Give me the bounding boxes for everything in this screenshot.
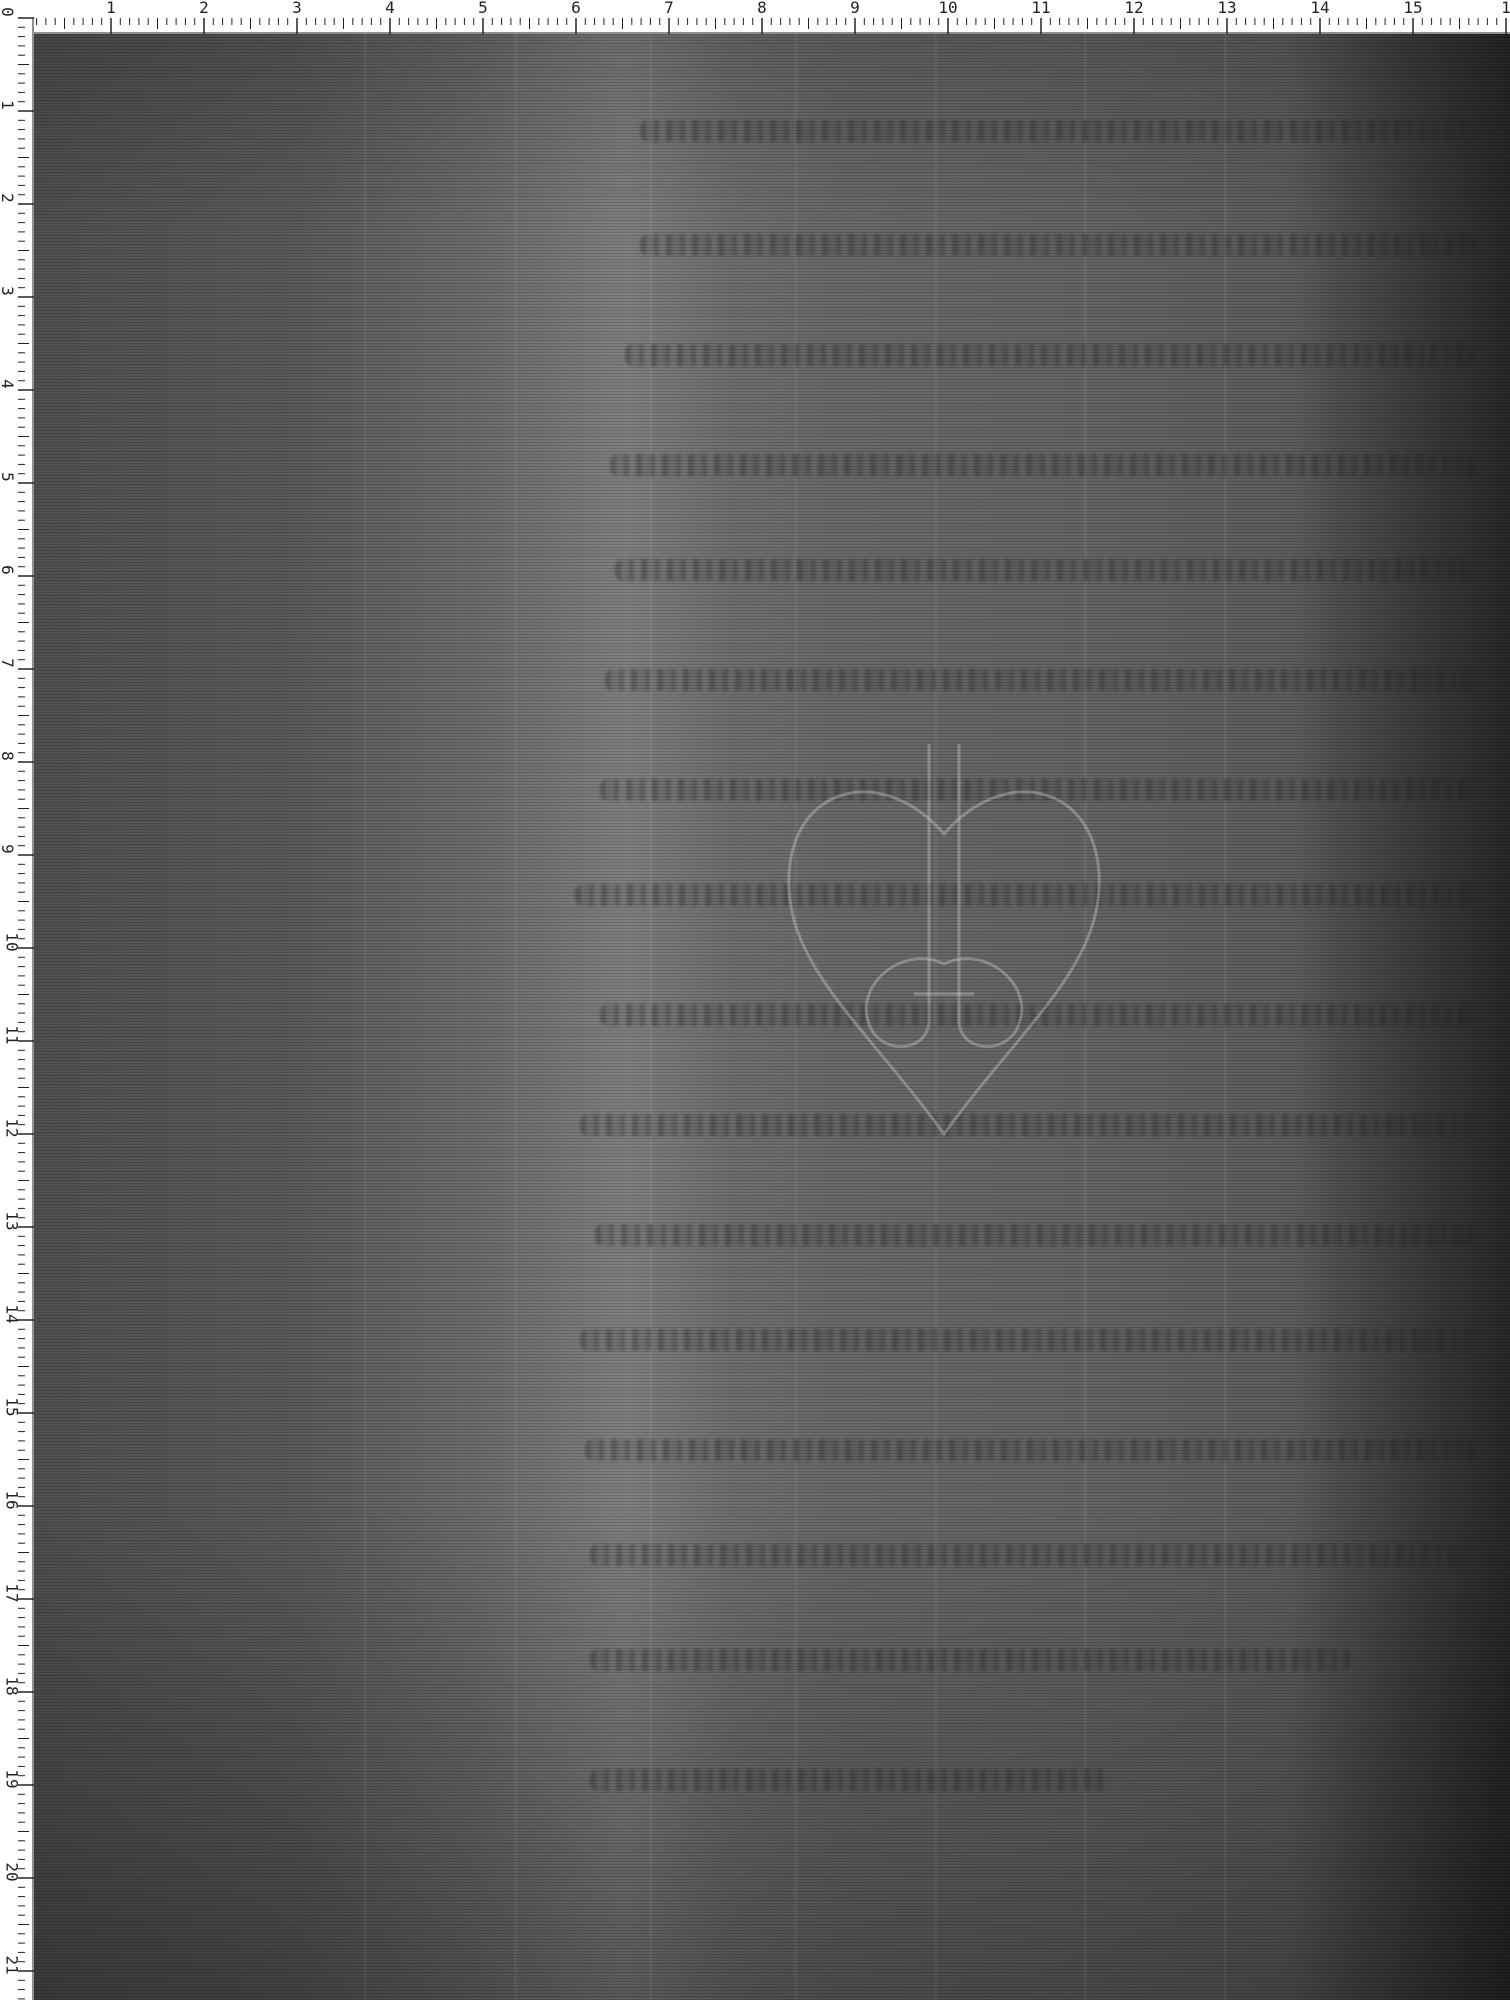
ruler-left-label: 8 xyxy=(0,751,15,761)
ruler-top-label: 2 xyxy=(199,0,209,16)
ruler-left-label: 4 xyxy=(0,379,15,389)
ruler-left: 0123456789101112131415161718192021 xyxy=(0,0,34,2000)
ruler-left-label: 9 xyxy=(0,844,15,854)
ruler-left-label: 6 xyxy=(0,565,15,575)
ruler-left-label: 21 xyxy=(4,1955,20,1974)
ruler-left-label: 5 xyxy=(0,472,15,482)
ruler-top-label: 3 xyxy=(292,0,302,16)
ruler-left-label: 11 xyxy=(4,1025,20,1044)
ruler-left-label: 10 xyxy=(4,932,20,951)
ruler-left-label: 12 xyxy=(4,1118,20,1137)
ruler-left-label: 3 xyxy=(0,286,15,296)
ruler-top-ticks xyxy=(0,0,1510,34)
ruler-top-label: 1 xyxy=(106,0,116,16)
ruler-left-label: 16 xyxy=(4,1490,20,1509)
ruler-top-label: 1 xyxy=(1501,0,1510,16)
ruler-left-label: 20 xyxy=(4,1862,20,1881)
ruler-top-label: 10 xyxy=(938,0,957,16)
ruler-left-label: 17 xyxy=(4,1583,20,1602)
ruler-left-label: 2 xyxy=(0,193,15,203)
ruler-left-ticks xyxy=(0,0,34,2000)
ruler-left-label: 15 xyxy=(4,1397,20,1416)
ruler-top-label: 14 xyxy=(1310,0,1329,16)
ruler-top-label: 6 xyxy=(571,0,581,16)
ruler-top-label: 12 xyxy=(1124,0,1143,16)
ruler-top-label: 11 xyxy=(1031,0,1050,16)
ruler-top-label: 9 xyxy=(850,0,860,16)
ruler-left-label: 19 xyxy=(4,1769,20,1788)
manuscript-scan xyxy=(34,34,1510,2000)
ruler-top-label: 5 xyxy=(478,0,488,16)
ruler-left-label: 18 xyxy=(4,1676,20,1695)
ruler-top-label: 7 xyxy=(664,0,674,16)
ruler-left-label: 0 xyxy=(0,7,15,17)
ruler-top-label: 13 xyxy=(1217,0,1236,16)
ruler-top-label: 15 xyxy=(1403,0,1422,16)
ruler-left-label: 13 xyxy=(4,1211,20,1230)
ruler-left-label: 1 xyxy=(0,100,15,110)
ruler-top-label: 4 xyxy=(385,0,395,16)
ruler-top: 01234567891011121314151 xyxy=(0,0,1510,34)
ruler-left-label: 7 xyxy=(0,658,15,668)
ruler-top-label: 8 xyxy=(757,0,767,16)
ruler-left-label: 14 xyxy=(4,1304,20,1323)
